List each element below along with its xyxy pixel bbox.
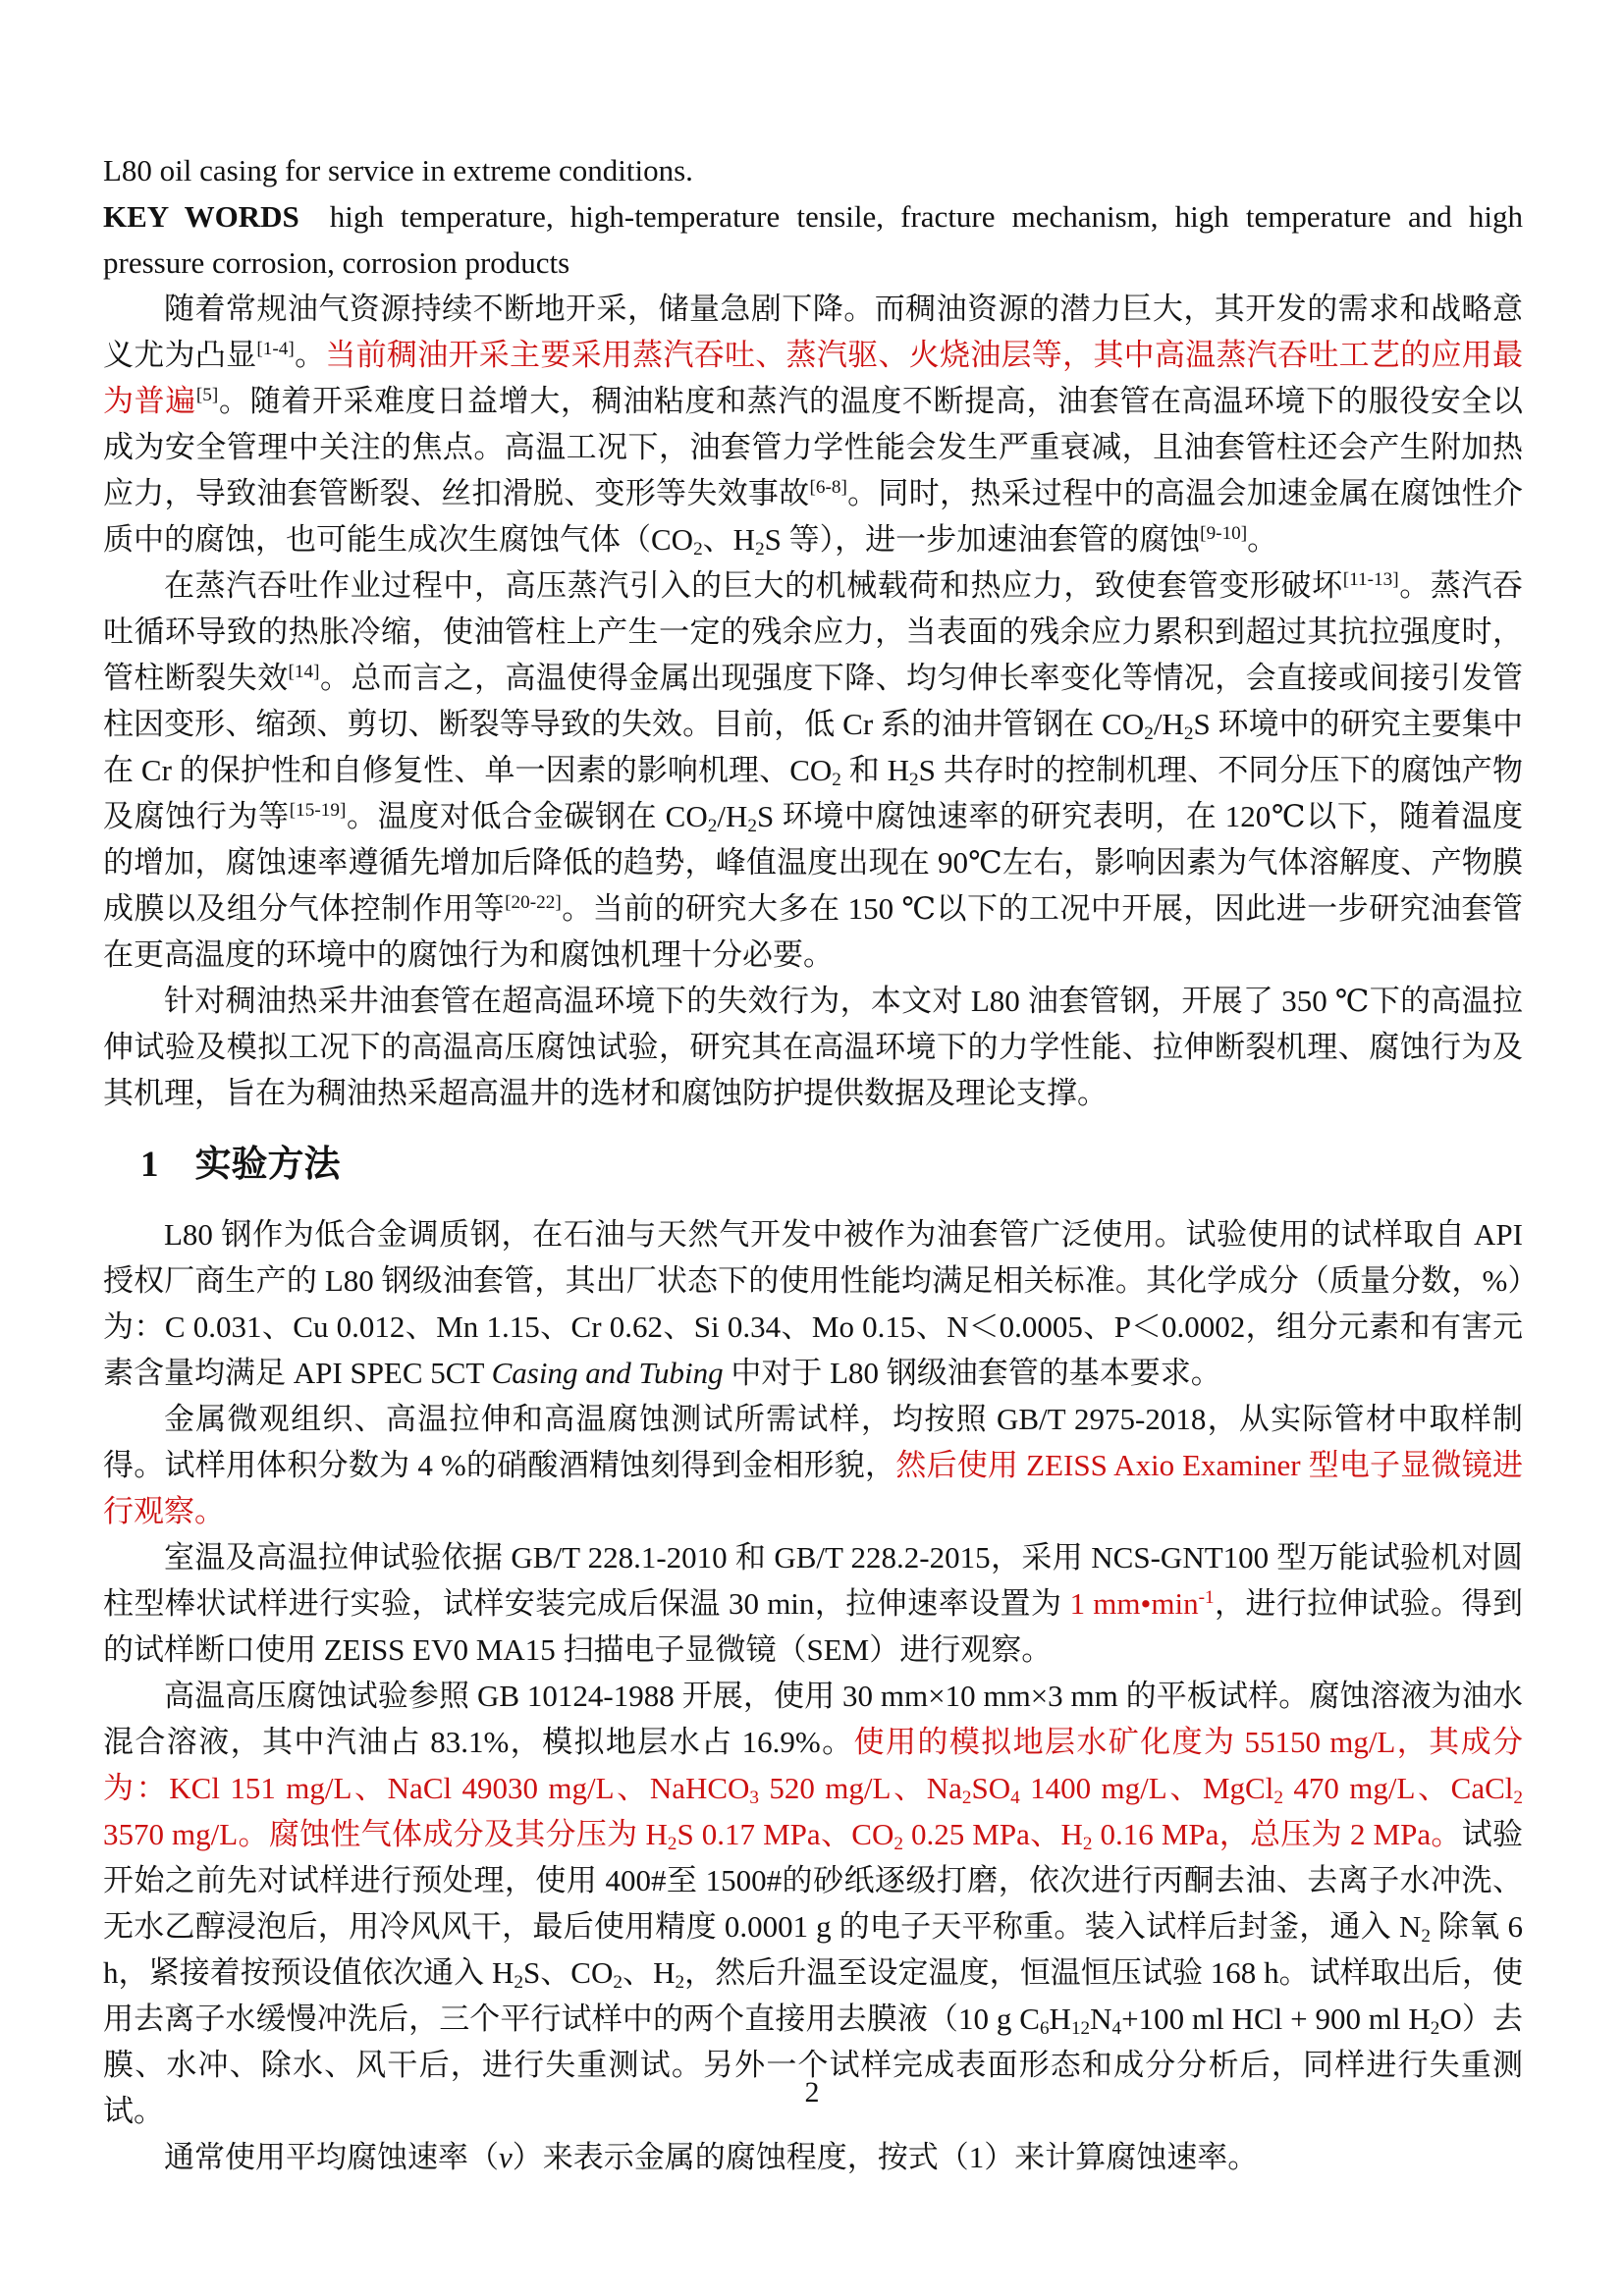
methods-paragraph-4-run-14: 2 bbox=[893, 1834, 903, 1854]
methods-paragraph-4-run-27: 6 bbox=[1040, 2018, 1050, 2039]
methods-paragraph-4: 高温高压腐蚀试验参照 GB 10124-1988 开展，使用 30 mm×10 … bbox=[103, 1673, 1523, 2134]
methods-paragraph-3: 室温及高温拉伸试验依据 GB/T 228.1-2010 和 GB/T 228.2… bbox=[103, 1534, 1523, 1673]
intro-paragraph-2-run-10: 和 H bbox=[841, 753, 909, 787]
intro-paragraph-2-run-14: 。温度对低合金碳钢在 CO bbox=[346, 799, 707, 833]
keywords-paragraph: KEY WORDS high temperature, high-tempera… bbox=[103, 193, 1523, 286]
methods-paragraph-4-run-6: 4 bbox=[1010, 1788, 1020, 1808]
english-tail-line-run-0: L80 oil casing for service in extreme co… bbox=[103, 153, 693, 187]
methods-paragraph-4-run-17: 0.16 MPa，总压为 2 MPa。 bbox=[1092, 1817, 1461, 1851]
intro-paragraph-2-run-3: [14] bbox=[289, 662, 320, 682]
intro-paragraph-1-run-1: [1-4] bbox=[256, 339, 294, 359]
intro-paragraph-1-run-10: 2 bbox=[755, 539, 765, 560]
methods-paragraph-4-run-5: SO bbox=[972, 1771, 1011, 1805]
methods-paragraph-2: 金属微观组织、高温拉伸和高温腐蚀测试所需试样，均按照 GB/T 2975-201… bbox=[103, 1396, 1523, 1534]
intro-paragraph-1-run-4: [5] bbox=[196, 385, 218, 405]
methods-paragraph-4-run-22: S、CO bbox=[523, 1955, 613, 1990]
intro-paragraph-2: 在蒸汽吞吐作业过程中，高压蒸汽引入的巨大的机械载荷和热应力，致使套管变形破坏[1… bbox=[103, 562, 1523, 978]
methods-paragraph-4-run-24: 、H bbox=[623, 1955, 676, 1990]
methods-paragraph-1-run-1: Casing and Tubing bbox=[492, 1356, 724, 1390]
methods-paragraph-4-run-3: 520 mg/L、Na bbox=[759, 1771, 962, 1805]
methods-paragraph-4-run-25: 2 bbox=[675, 1972, 684, 1993]
intro-paragraph-1-run-11: S 等），进一步加速油套管的腐蚀 bbox=[765, 522, 1201, 557]
intro-paragraph-1-run-2: 。 bbox=[295, 338, 326, 372]
methods-paragraph-4-run-8: 2 bbox=[1273, 1788, 1283, 1808]
intro-paragraph-1-run-9: 、H bbox=[703, 522, 755, 557]
methods-paragraph-4-run-28: H bbox=[1050, 2002, 1071, 2036]
intro-paragraph-2-run-15: 2 bbox=[708, 816, 718, 836]
methods-paragraph-4-run-32: +100 ml HCl + 900 ml H bbox=[1121, 2002, 1431, 2036]
intro-paragraph-2-run-6: /H bbox=[1154, 707, 1184, 741]
methods-paragraph-1: L80 钢作为低合金调质钢，在石油与天然气开发中被作为油套管广泛使用。试验使用的… bbox=[103, 1211, 1523, 1396]
methods-paragraph-4-run-19: 2 bbox=[1421, 1926, 1431, 1947]
intro-paragraph-2-run-0: 在蒸汽吞吐作业过程中，高压蒸汽引入的巨大的机械载荷和热应力，致使套管变形破坏 bbox=[164, 568, 1343, 603]
intro-paragraph-1-run-13: 。 bbox=[1247, 522, 1277, 557]
methods-paragraph-4-run-29: 12 bbox=[1071, 2018, 1090, 2039]
intro-paragraph-1-run-6: [6-8] bbox=[809, 477, 846, 498]
methods-paragraph-4-run-10: 2 bbox=[1513, 1788, 1523, 1808]
methods-paragraph-4-run-30: N bbox=[1090, 2002, 1111, 2036]
methods-paragraph-4-run-21: 2 bbox=[514, 1972, 523, 1993]
methods-paragraph-4-run-4: 2 bbox=[962, 1788, 972, 1808]
methods-paragraph-4-run-23: 2 bbox=[613, 1972, 623, 1993]
methods-paragraph-4-run-11: 3570 mg/L。腐蚀性气体成分及其分压为 H bbox=[103, 1817, 668, 1851]
intro-paragraph-1-run-8: 2 bbox=[693, 539, 703, 560]
methods-paragraph-4-run-16: 2 bbox=[1083, 1834, 1093, 1854]
methods-paragraph-5-run-1: v bbox=[499, 2140, 513, 2174]
english-tail-line: L80 oil casing for service in extreme co… bbox=[103, 147, 1523, 193]
methods-paragraph-5-run-0: 通常使用平均腐蚀速率（ bbox=[164, 2140, 499, 2174]
methods-paragraph-4-run-2: 3 bbox=[749, 1788, 759, 1808]
intro-paragraph-2-run-11: 2 bbox=[909, 770, 919, 790]
intro-paragraph-1-run-12: [9-10] bbox=[1200, 523, 1247, 544]
intro-paragraph-3: 针对稠油热采井油套管在超高温环境下的失效行为，本文对 L80 油套管钢，开展了 … bbox=[103, 978, 1523, 1116]
methods-paragraph-4-run-9: 470 mg/L、CaCl bbox=[1283, 1771, 1513, 1805]
methods-paragraph-4-run-33: 2 bbox=[1431, 2018, 1440, 2039]
intro-paragraph-2-run-7: 2 bbox=[1184, 723, 1194, 744]
intro-paragraph-2-run-16: /H bbox=[717, 799, 747, 833]
methods-paragraph-4-run-31: 4 bbox=[1112, 2018, 1122, 2039]
document-body: L80 oil casing for service in extreme co… bbox=[103, 147, 1523, 2180]
methods-paragraph-3-run-2: -1 bbox=[1199, 1587, 1215, 1608]
intro-paragraph-3-run-0: 针对稠油热采井油套管在超高温环境下的失效行为，本文对 L80 油套管钢，开展了 … bbox=[103, 984, 1523, 1110]
section-heading-1-run-0: 1 实验方法 bbox=[140, 1145, 341, 1185]
methods-paragraph-4-run-7: 1400 mg/L、MgCl bbox=[1020, 1771, 1274, 1805]
methods-paragraph-5-run-2: ）来表示金属的腐蚀程度，按式（1）来计算腐蚀速率。 bbox=[513, 2140, 1259, 2174]
methods-paragraph-4-run-13: S 0.17 MPa、CO bbox=[677, 1817, 894, 1851]
intro-paragraph-2-run-5: 2 bbox=[1144, 723, 1154, 744]
intro-paragraph-2-run-17: 2 bbox=[747, 816, 757, 836]
document-page: L80 oil casing for service in extreme co… bbox=[0, 0, 1624, 2296]
keywords-paragraph-run-0: KEY WORDS bbox=[103, 199, 299, 234]
methods-paragraph-1-run-2: 中对于 L80 钢级油套管的基本要求。 bbox=[724, 1356, 1221, 1390]
intro-paragraph-2-run-13: [15-19] bbox=[290, 800, 347, 821]
intro-paragraph-1: 随着常规油气资源持续不断地开采，储量急剧下降。而稠油资源的潜力巨大，其开发的需求… bbox=[103, 286, 1523, 562]
intro-paragraph-2-run-9: 2 bbox=[832, 770, 841, 790]
methods-paragraph-5: 通常使用平均腐蚀速率（v）来表示金属的腐蚀程度，按式（1）来计算腐蚀速率。 bbox=[103, 2134, 1523, 2180]
section-heading-1: 1 实验方法 bbox=[103, 1142, 1523, 1188]
methods-paragraph-4-run-12: 2 bbox=[668, 1834, 677, 1854]
methods-paragraph-4-run-15: 0.25 MPa、H bbox=[903, 1817, 1083, 1851]
intro-paragraph-2-run-1: [11-13] bbox=[1343, 569, 1399, 590]
intro-paragraph-2-run-19: [20-22] bbox=[505, 892, 562, 913]
page-number: 2 bbox=[0, 2073, 1624, 2112]
methods-paragraph-3-run-1: 1 mm•min bbox=[1070, 1586, 1199, 1621]
keywords-paragraph-run-1: high temperature, high-temperature tensi… bbox=[103, 199, 1523, 280]
